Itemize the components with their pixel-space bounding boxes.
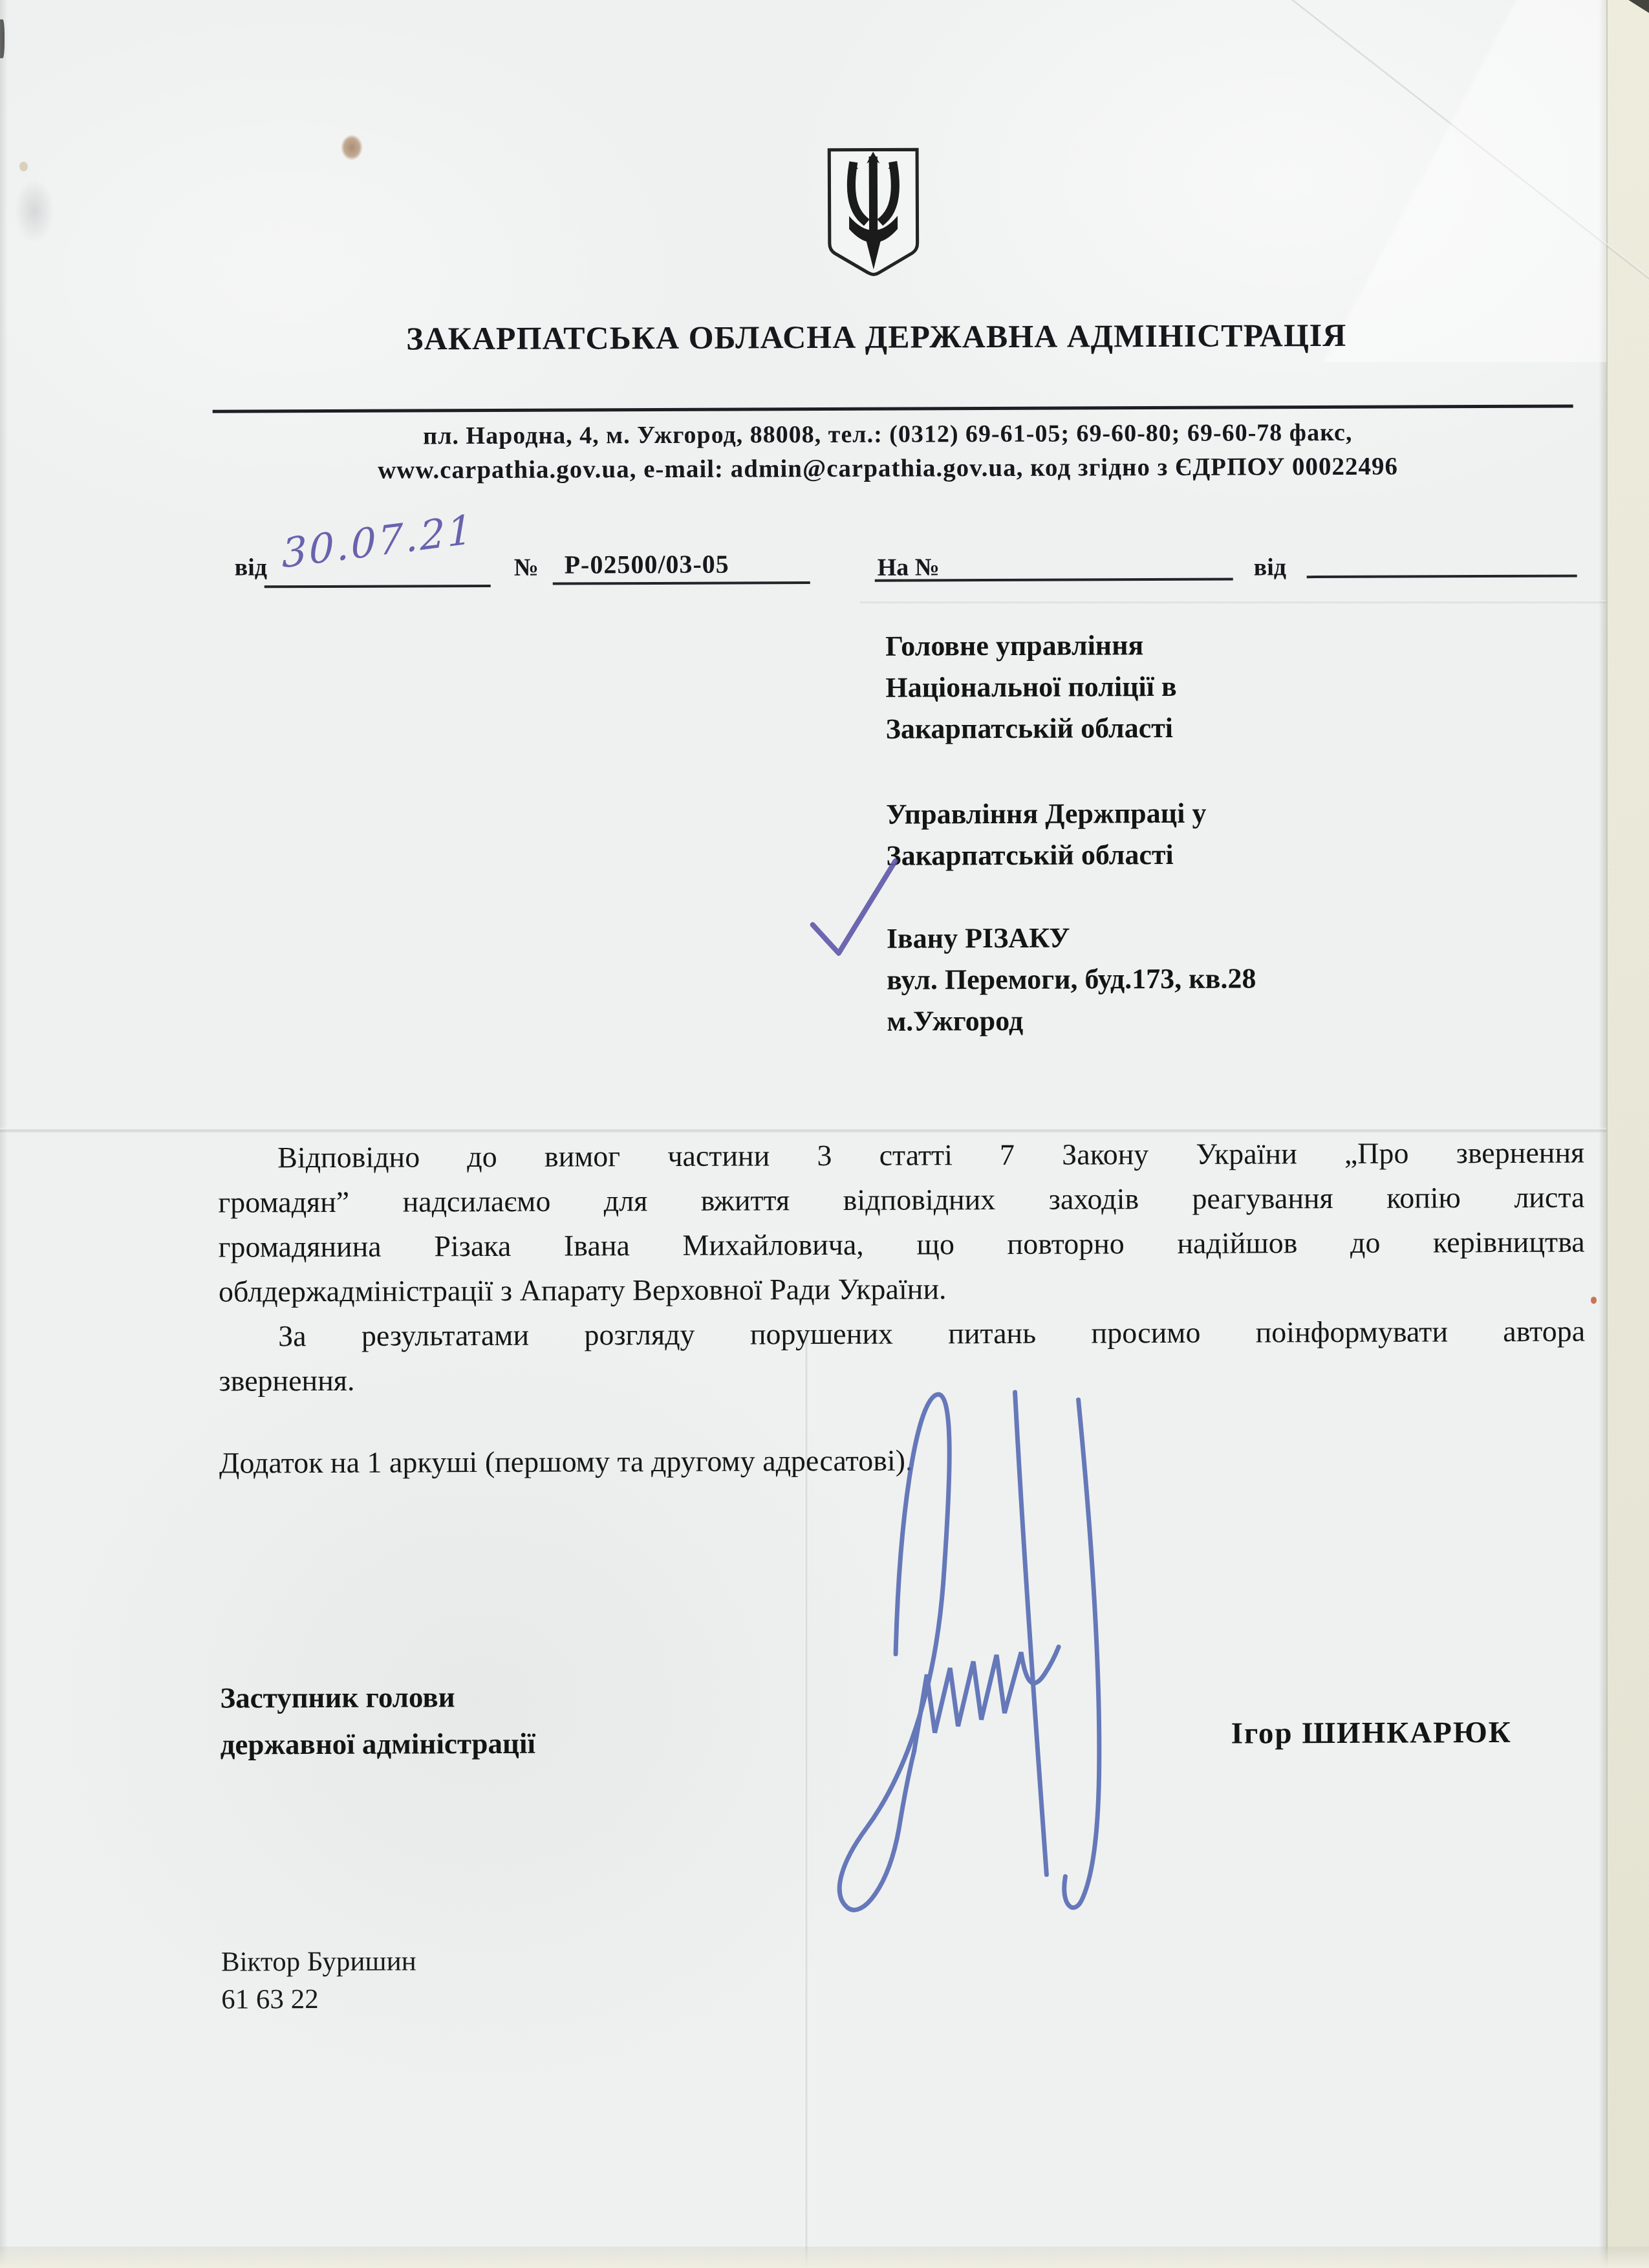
letter-content: ЗАКАРПАТСЬКА ОБЛАСНА ДЕРЖАВНА АДМІНІСТРА…: [0, 0, 1649, 2268]
reply-from-label: від: [1254, 553, 1286, 581]
recipient-line: Національної поліції в: [885, 666, 1177, 709]
recipient-line: Управління Держпраці у: [886, 793, 1206, 836]
letterhead-address-line2: www.carpathia.gov.ua, e-mail: admin@carp…: [224, 451, 1552, 486]
body-text-line: Відповідно до вимог частини 3 статті 7 З…: [218, 1135, 1584, 1174]
letterhead-address-line1: пл. Народна, 4, м. Ужгород, 88008, тел.:…: [224, 418, 1552, 451]
date-blank-line: [264, 585, 491, 588]
recipient-line: Головне управління: [885, 625, 1177, 667]
recipient-labor-authority: Управління Держпраці у Закарпатській обл…: [886, 793, 1207, 877]
executor-phone: 61 63 22: [221, 1983, 319, 2016]
organization-title: ЗАКАРПАТСЬКА ОБЛАСНА ДЕРЖАВНА АДМІНІСТРА…: [223, 316, 1529, 358]
signer-position-line2: державної адміністрації: [221, 1727, 536, 1762]
body-text-line: громадян” надсилаємо для вжиття відповід…: [218, 1180, 1584, 1219]
ukraine-trident-emblem-icon: [824, 146, 923, 278]
recipient-line: м.Ужгород: [887, 999, 1256, 1042]
recipient-line: Закарпатській області: [886, 834, 1206, 877]
handwritten-checkmark: [799, 847, 910, 964]
recipient-line: Івану РІЗАКУ: [887, 916, 1256, 959]
reply-to-number-label: На №: [878, 553, 940, 581]
number-label: №: [514, 554, 539, 582]
executor-name: Віктор Буришин: [221, 1945, 416, 1978]
number-blank-line: [553, 581, 810, 585]
handwritten-signature: [731, 1375, 1186, 1934]
recipient-citizen: Івану РІЗАКУ вул. Перемоги, буд.173, кв.…: [887, 916, 1256, 1042]
outgoing-number: Р-02500/03-05: [565, 549, 729, 580]
body-text-line: За результатами розгляду порушених питан…: [219, 1313, 1585, 1353]
signer-name: Ігор ШИНКАРЮК: [1231, 1715, 1512, 1751]
reply-number-blank-line: [875, 578, 1233, 582]
handwritten-date: 30.07.21: [281, 503, 494, 578]
body-text-line: громадянина Різака Івана Михайловича, що…: [219, 1224, 1585, 1264]
reply-date-blank-line: [1307, 575, 1577, 579]
letterhead-rule: [213, 405, 1573, 413]
recipient-police: Головне управління Національної поліції …: [885, 625, 1177, 750]
recipient-line: вул. Перемоги, буд.173, кв.28: [887, 958, 1256, 1000]
body-text-line: облдержадміністрації з Апарату Верховної…: [219, 1269, 1585, 1308]
date-from-label: від: [235, 553, 267, 581]
signer-position-line1: Заступник голови: [220, 1680, 455, 1714]
recipient-line: Закарпатській області: [885, 707, 1177, 750]
